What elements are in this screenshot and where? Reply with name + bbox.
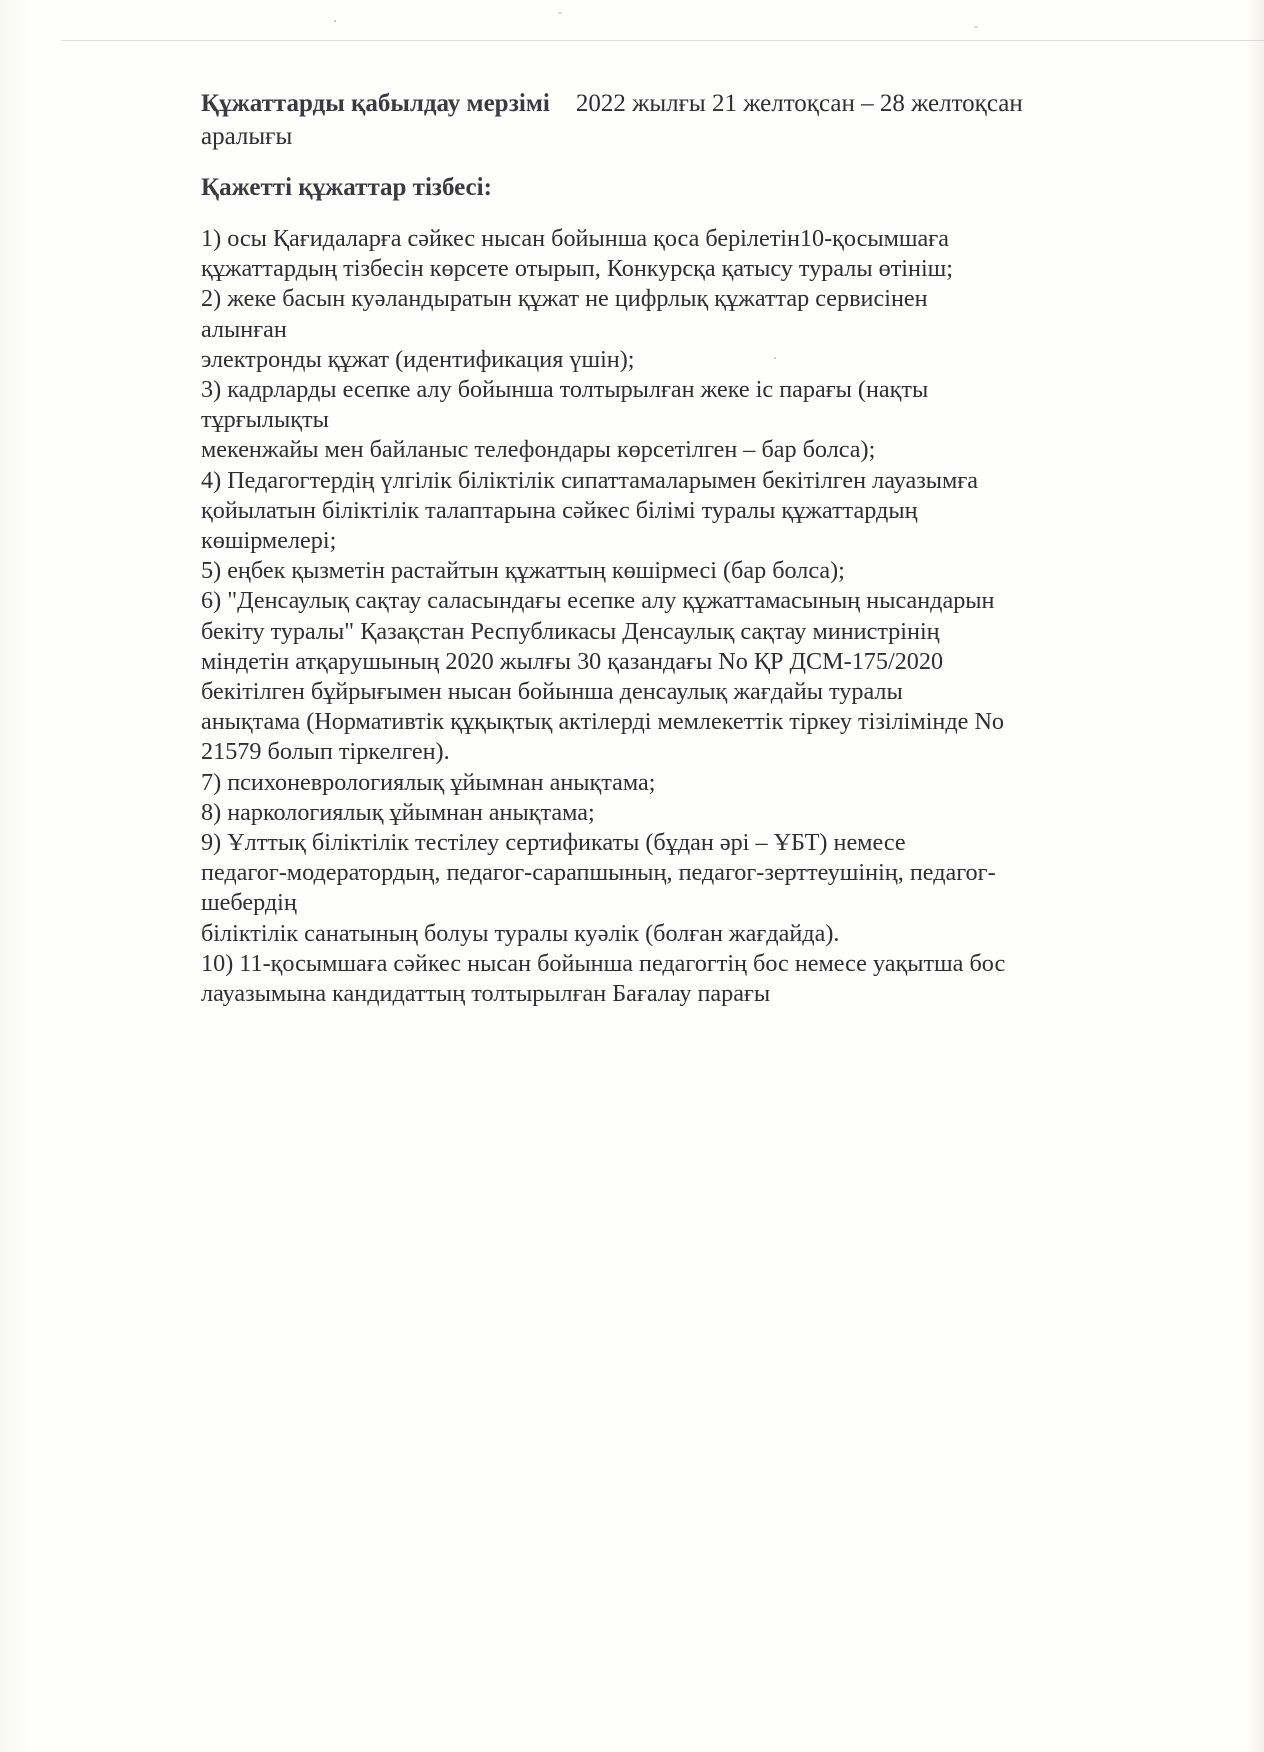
required-documents-heading: Қажетті құжаттар тізбесі: bbox=[201, 172, 1191, 204]
list-item-line: қойылатын біліктілік талаптарына сәйкес … bbox=[201, 496, 1191, 526]
scan-speck bbox=[975, 26, 977, 28]
list-item-line: 2) жеке басын куәландыратын құжат не циф… bbox=[201, 284, 1191, 314]
submission-deadline: Құжаттарды қабылдау мерзімі2022 жылғы 21… bbox=[201, 87, 1191, 153]
list-item-line: лауазымына кандидаттың толтырылған Бағал… bbox=[201, 979, 1191, 1009]
list-item-line: шебердің bbox=[201, 888, 1191, 918]
list-item: 2) жеке басын куәландыратын құжат не циф… bbox=[201, 284, 1191, 375]
list-item-line: 3) кадрларды есепке алу бойынша толтырыл… bbox=[201, 375, 1191, 405]
deadline-value: 2022 жылғы 21 желтоқсан – 28 желтоқсан bbox=[576, 90, 1023, 117]
list-item-line: 6) "Денсаулық сақтау саласындағы есепке … bbox=[201, 586, 1191, 616]
scan-speck bbox=[334, 20, 336, 22]
list-item-line: көшірмелері; bbox=[201, 526, 1191, 556]
list-item-line: анықтама (Нормативтік құқықтық актілерді… bbox=[201, 707, 1191, 737]
list-item-line: алынған bbox=[201, 315, 1191, 345]
list-item: 7) психоневрологиялық ұйымнан анықтама; bbox=[201, 768, 1191, 798]
deadline-value-continued: аралығы bbox=[201, 123, 292, 150]
list-item: 9) Ұлттық біліктілік тестілеу сертификат… bbox=[201, 828, 1191, 949]
list-item-line: міндетін атқарушының 2020 жылғы 30 қазан… bbox=[201, 647, 1191, 677]
list-item-line: электронды құжат (идентификация үшін); bbox=[201, 345, 1191, 375]
scan-speck bbox=[559, 12, 561, 14]
scan-top-line bbox=[62, 40, 1264, 41]
list-item-line: мекенжайы мен байланыс телефондары көрсе… bbox=[201, 435, 1191, 465]
scan-edge-right bbox=[1246, 0, 1264, 1752]
list-item-line: бекіту туралы" Қазақстан Республикасы Де… bbox=[201, 617, 1191, 647]
list-item-line: педагог-модератордың, педагог-сарапшының… bbox=[201, 858, 1191, 888]
list-item-line: 4) Педагогтердің үлгілік біліктілік сипа… bbox=[201, 466, 1191, 496]
list-item-line: біліктілік санатының болуы туралы куәлік… bbox=[201, 919, 1191, 949]
list-item: 5) еңбек қызметін растайтын құжаттың көш… bbox=[201, 556, 1191, 586]
list-item-line: 10) 11-қосымшаға сәйкес нысан бойынша пе… bbox=[201, 949, 1191, 979]
list-item-line: 1) осы Қағидаларға сәйкес нысан бойынша … bbox=[201, 224, 1191, 254]
list-item: 8) наркологиялық ұйымнан анықтама; bbox=[201, 798, 1191, 828]
list-item: 4) Педагогтердің үлгілік біліктілік сипа… bbox=[201, 466, 1191, 557]
list-item-line: 8) наркологиялық ұйымнан анықтама; bbox=[201, 798, 1191, 828]
deadline-label: Құжаттарды қабылдау мерзімі bbox=[201, 90, 550, 117]
list-item-line: бекітілген бұйрығымен нысан бойынша денс… bbox=[201, 677, 1191, 707]
list-item-line: тұрғылықты bbox=[201, 405, 1191, 435]
list-item: 1) осы Қағидаларға сәйкес нысан бойынша … bbox=[201, 224, 1191, 284]
list-item: 10) 11-қосымшаға сәйкес нысан бойынша пе… bbox=[201, 949, 1191, 1009]
list-item-line: 7) психоневрологиялық ұйымнан анықтама; bbox=[201, 768, 1191, 798]
required-documents-list: 1) осы Қағидаларға сәйкес нысан бойынша … bbox=[201, 224, 1191, 1009]
document-page: Құжаттарды қабылдау мерзімі2022 жылғы 21… bbox=[201, 87, 1191, 1009]
list-item: 6) "Денсаулық сақтау саласындағы есепке … bbox=[201, 586, 1191, 767]
list-item-line: 21579 болып тіркелген). bbox=[201, 737, 1191, 767]
list-item-line: 9) Ұлттық біліктілік тестілеу сертификат… bbox=[201, 828, 1191, 858]
list-item: 3) кадрларды есепке алу бойынша толтырыл… bbox=[201, 375, 1191, 466]
list-item-line: құжаттардың тізбесін көрсете отырып, Кон… bbox=[201, 254, 1191, 284]
list-item-line: 5) еңбек қызметін растайтын құжаттың көш… bbox=[201, 556, 1191, 586]
scan-edge-left bbox=[0, 0, 28, 1752]
